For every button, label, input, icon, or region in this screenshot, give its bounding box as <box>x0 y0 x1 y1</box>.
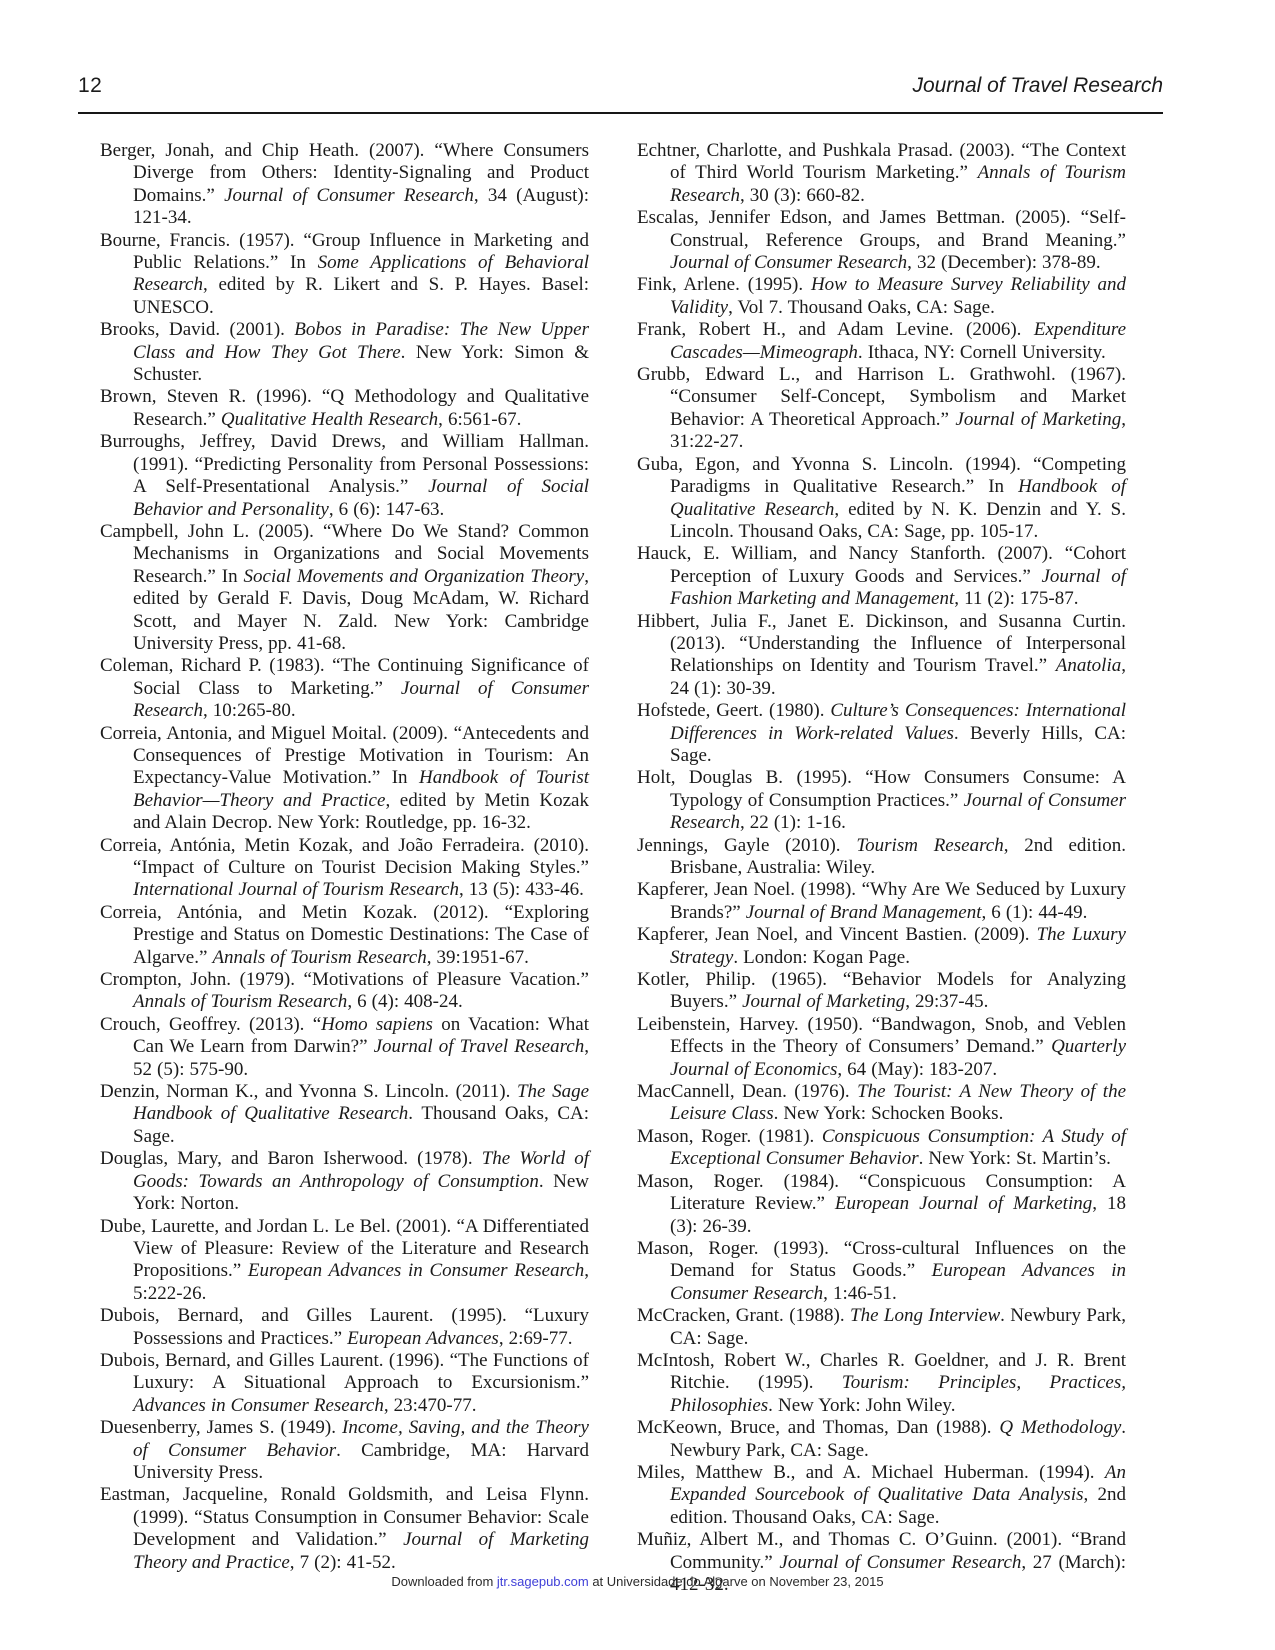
reference-entry: Mason, Roger. (1993). “Cross-cultural In… <box>637 1238 1126 1305</box>
reference-entry: MacCannell, Dean. (1976). The Tourist: A… <box>637 1081 1126 1126</box>
reference-entry: Burroughs, Jeffrey, David Drews, and Wil… <box>100 431 589 521</box>
reference-entry: Frank, Robert H., and Adam Levine. (2006… <box>637 319 1126 364</box>
references-column-left: Berger, Jonah, and Chip Heath. (2007). “… <box>100 140 589 1596</box>
reference-entry: Coleman, Richard P. (1983). “The Continu… <box>100 655 589 722</box>
journal-page: 12 Journal of Travel Research Berger, Jo… <box>0 0 1275 1650</box>
reference-entry: Bourne, Francis. (1957). “Group Influenc… <box>100 230 589 320</box>
reference-entry: Duesenberry, James S. (1949). Income, Sa… <box>100 1417 589 1484</box>
reference-entry: Fink, Arlene. (1995). How to Measure Sur… <box>637 274 1126 319</box>
reference-entry: Kapferer, Jean Noel, and Vincent Bastien… <box>637 924 1126 969</box>
reference-entry: Dubois, Bernard, and Gilles Laurent. (19… <box>100 1350 589 1417</box>
reference-entry: McIntosh, Robert W., Charles R. Goeldner… <box>637 1350 1126 1417</box>
reference-entry: Holt, Douglas B. (1995). “How Consumers … <box>637 767 1126 834</box>
reference-entry: Dube, Laurette, and Jordan L. Le Bel. (2… <box>100 1216 589 1306</box>
reference-entry: McCracken, Grant. (1988). The Long Inter… <box>637 1305 1126 1350</box>
reference-entry: Jennings, Gayle (2010). Tourism Research… <box>637 835 1126 880</box>
reference-entry: Correia, Antónia, Metin Kozak, and João … <box>100 835 589 902</box>
reference-entry: Brooks, David. (2001). Bobos in Paradise… <box>100 319 589 386</box>
reference-entry: Berger, Jonah, and Chip Heath. (2007). “… <box>100 140 589 230</box>
reference-entry: Correia, Antonia, and Miguel Moital. (20… <box>100 723 589 835</box>
reference-entry: Kotler, Philip. (1965). “Behavior Models… <box>637 969 1126 1014</box>
reference-entry: Echtner, Charlotte, and Pushkala Prasad.… <box>637 140 1126 207</box>
reference-entry: Dubois, Bernard, and Gilles Laurent. (19… <box>100 1305 589 1350</box>
reference-entry: Miles, Matthew B., and A. Michael Huberm… <box>637 1462 1126 1529</box>
reference-entry: Brown, Steven R. (1996). “Q Methodology … <box>100 386 589 431</box>
reference-entry: Hauck, E. William, and Nancy Stanforth. … <box>637 543 1126 610</box>
reference-entry: Campbell, John L. (2005). “Where Do We S… <box>100 521 589 655</box>
journal-title: Journal of Travel Research <box>912 74 1163 98</box>
page-header: 12 Journal of Travel Research <box>78 74 1163 98</box>
reference-entry: Guba, Egon, and Yvonna S. Lincoln. (1994… <box>637 454 1126 544</box>
download-notice-prefix: Downloaded from <box>391 1574 497 1589</box>
reference-entry: McKeown, Bruce, and Thomas, Dan (1988). … <box>637 1417 1126 1462</box>
download-notice: Downloaded from jtr.sagepub.com at Unive… <box>0 1574 1275 1589</box>
reference-entry: Grubb, Edward L., and Harrison L. Grathw… <box>637 364 1126 454</box>
reference-entry: Crouch, Geoffrey. (2013). “Homo sapiens … <box>100 1014 589 1081</box>
references-section: Berger, Jonah, and Chip Heath. (2007). “… <box>100 140 1126 1596</box>
reference-entry: Escalas, Jennifer Edson, and James Bettm… <box>637 207 1126 274</box>
reference-entry: Eastman, Jacqueline, Ronald Goldsmith, a… <box>100 1484 589 1574</box>
sagepub-link[interactable]: jtr.sagepub.com <box>497 1574 589 1589</box>
page-number: 12 <box>78 74 102 98</box>
reference-entry: Mason, Roger. (1984). “Conspicuous Consu… <box>637 1171 1126 1238</box>
reference-entry: Crompton, John. (1979). “Motivations of … <box>100 969 589 1014</box>
reference-entry: Hibbert, Julia F., Janet E. Dickinson, a… <box>637 611 1126 701</box>
reference-entry: Hofstede, Geert. (1980). Culture’s Conse… <box>637 700 1126 767</box>
reference-entry: Leibenstein, Harvey. (1950). “Bandwagon,… <box>637 1014 1126 1081</box>
reference-entry: Kapferer, Jean Noel. (1998). “Why Are We… <box>637 879 1126 924</box>
header-rule <box>78 112 1163 114</box>
reference-entry: Douglas, Mary, and Baron Isherwood. (197… <box>100 1148 589 1215</box>
download-notice-suffix: at Universidade do Algarve on November 2… <box>589 1574 884 1589</box>
references-column-right: Echtner, Charlotte, and Pushkala Prasad.… <box>637 140 1126 1596</box>
reference-entry: Denzin, Norman K., and Yvonna S. Lincoln… <box>100 1081 589 1148</box>
reference-entry: Mason, Roger. (1981). Conspicuous Consum… <box>637 1126 1126 1171</box>
reference-entry: Correia, Antónia, and Metin Kozak. (2012… <box>100 902 589 969</box>
